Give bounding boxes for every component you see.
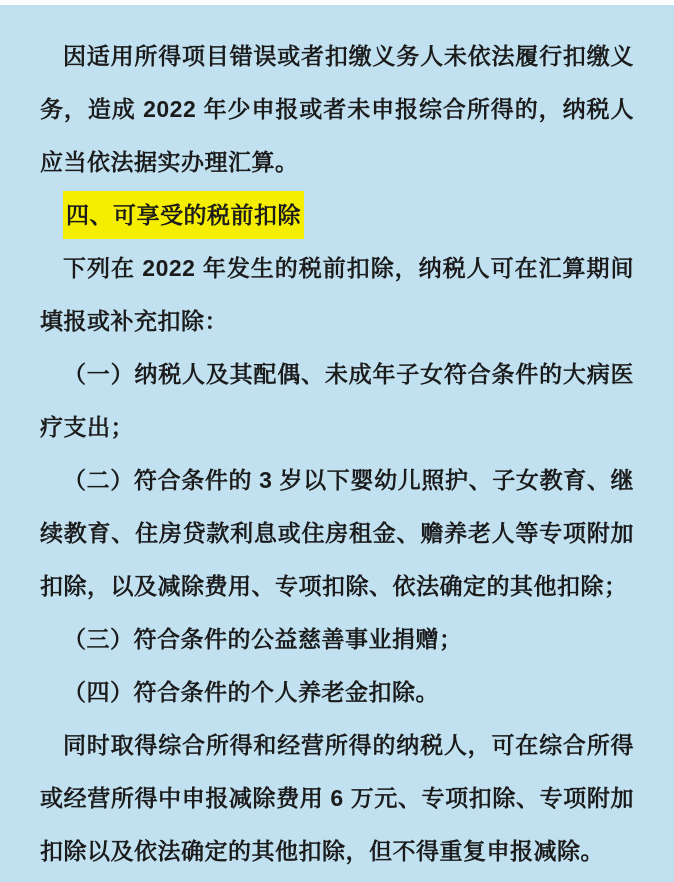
paragraph-business-income-rule: 同时取得综合所得和经营所得的纳税人，可在综合所得或经营所得中申报减除费用 6 万…: [40, 719, 634, 878]
paragraph-item-2-special-additional: （二）符合条件的 3 岁以下婴幼儿照护、子女教育、继续教育、住房贷款利息或住房租…: [40, 454, 634, 613]
paragraph-item-3-charity: （三）符合条件的公益慈善事业捐赠；: [40, 613, 634, 666]
heading-highlight: 四、可享受的税前扣除: [63, 191, 304, 239]
article-panel: 因适用所得项目错误或者扣缴义务人未依法履行扣缴义务，造成 2022 年少申报或者…: [0, 5, 674, 882]
paragraph-item-4-pension: （四）符合条件的个人养老金扣除。: [40, 666, 634, 719]
article-page: 因适用所得项目错误或者扣缴义务人未依法履行扣缴义务，造成 2022 年少申报或者…: [0, 0, 674, 882]
paragraph-deductions-intro: 下列在 2022 年发生的税前扣除，纳税人可在汇算期间填报或补充扣除：: [40, 242, 634, 348]
paragraph-item-1-medical: （一）纳税人及其配偶、未成年子女符合条件的大病医疗支出；: [40, 348, 634, 454]
section-heading-pretax-deductions: 四、可享受的税前扣除: [40, 189, 634, 242]
paragraph-misreporting-rule: 因适用所得项目错误或者扣缴义务人未依法履行扣缴义务，造成 2022 年少申报或者…: [40, 30, 634, 189]
